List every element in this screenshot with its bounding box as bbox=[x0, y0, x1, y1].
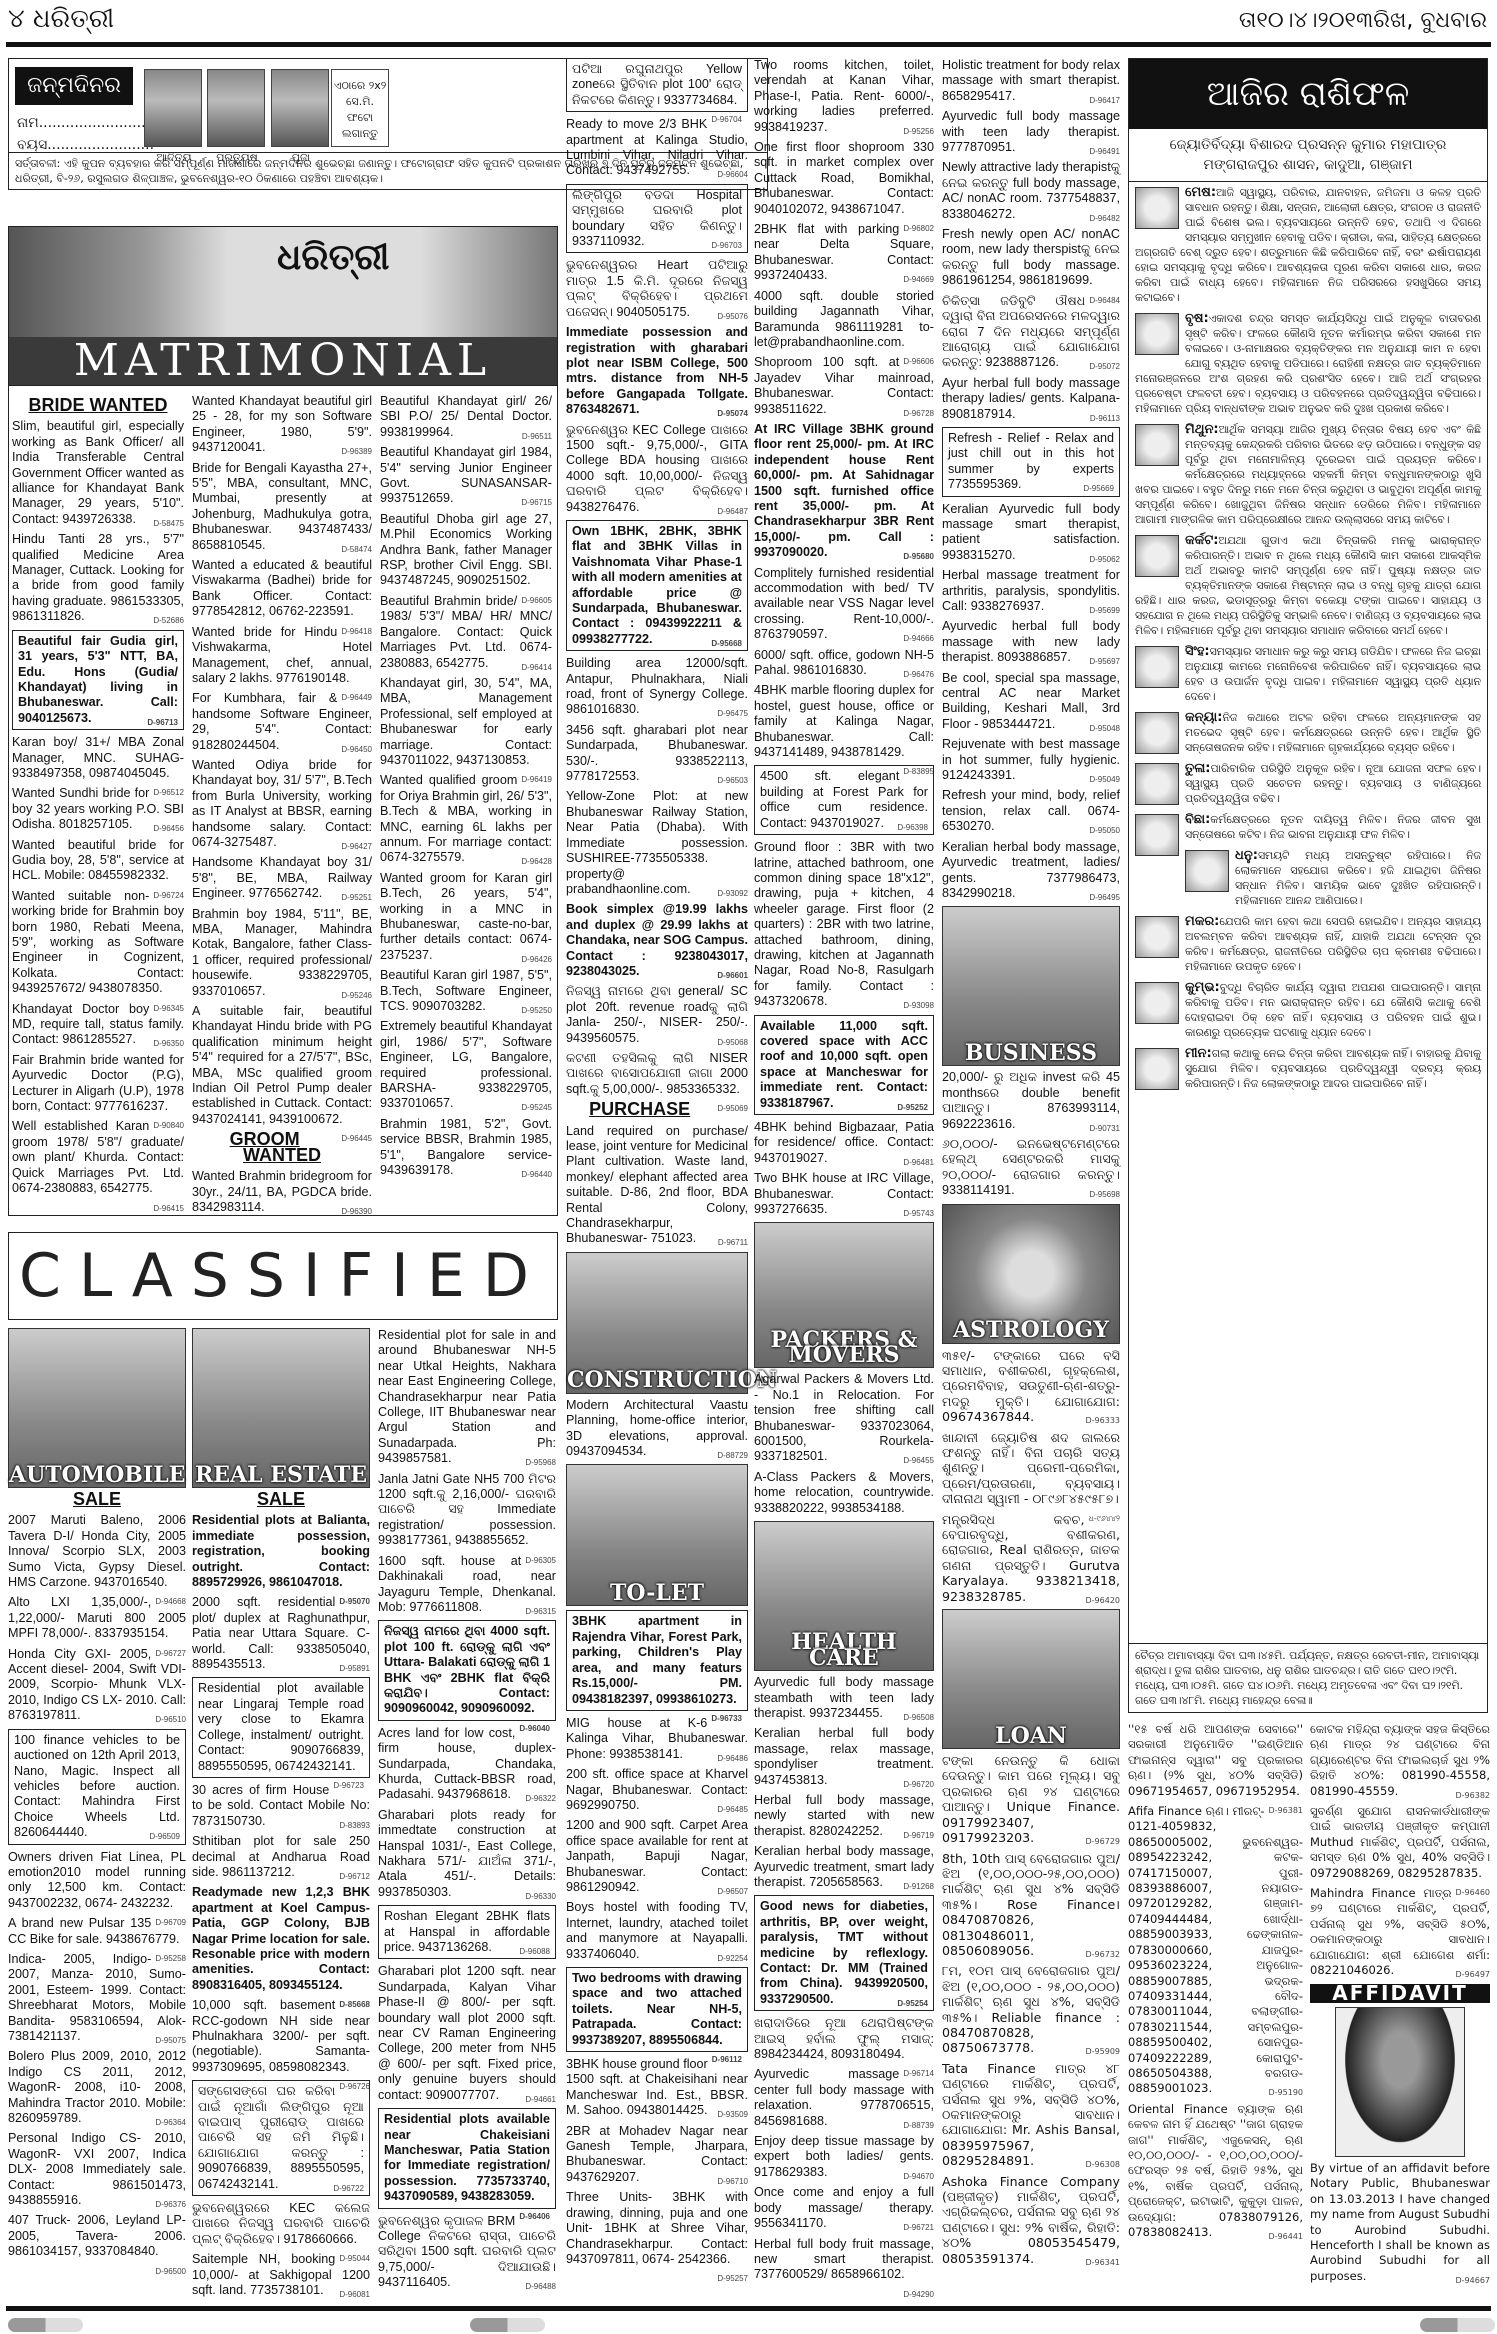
classified-ad: 1200 and 900 sqft. Carpet Area office sp… bbox=[566, 1818, 748, 1895]
ad-code: D-96508 bbox=[903, 1710, 934, 1725]
ad-code: D-96113 bbox=[1090, 411, 1120, 426]
sign-forecast: ବୁଦ୍ଧି ବିଚାରିତ କାର୍ଯ୍ୟ ଦ୍ୱାରା ଅପଯଶ ପାଇପା… bbox=[1185, 981, 1481, 1039]
classified-ad: Ayurvedic full body massage with teen la… bbox=[942, 109, 1120, 155]
sign-name: କୁମ୍ଭ: bbox=[1185, 980, 1220, 995]
business-image: BUSINESS bbox=[942, 906, 1120, 1066]
ad-code: D-96333 bbox=[1086, 1413, 1121, 1428]
ad-code: D-96720 bbox=[903, 1777, 934, 1792]
classified-ad: Bride for Bengali Kayastha 27+, 5'5", MB… bbox=[192, 461, 372, 553]
zodiac-sign-entry: ତୁଳା:ପାରିବାରିକ ପରିସ୍ଥିତି ଅନୁକୂଳ ରହିବ। ନୂ… bbox=[1129, 758, 1487, 809]
classified-ad: Wanted suitable non-working bride for Br… bbox=[12, 889, 184, 997]
classified-ad: ଖାନ୍ଦାନୀ ଜ୍ୟୋତିଷ ଶଦ ଜାଲରେ ଫଶନ୍ତୁ ନାହିଁ। … bbox=[942, 1430, 1120, 1507]
ad-code: D-94666 bbox=[903, 631, 934, 646]
ad-code: D-91268 bbox=[903, 1879, 934, 1894]
ad-text: ୮ମ, ୧୦ମ ପାସ୍ ବେରୋଜଗାର ପୁଅ/ ଝିଅ (୧,୦୦,୦୦୦… bbox=[942, 1963, 1120, 2055]
ad-code: D-96495 bbox=[1089, 890, 1120, 905]
classified-ad: ''୧୫ ବର୍ଷ ଧରି ଆପଣଙ୍କ ସେବାରେ'' ସରକାରୀ ଅନୁ… bbox=[1128, 1722, 1303, 1799]
page-tab-indicator bbox=[8, 2318, 83, 2332]
classified-ad: Personal Indigo CS- 2010, WagonR- VXI 20… bbox=[8, 2131, 186, 2208]
ad-code: D-96376 bbox=[155, 2197, 186, 2212]
ad-code: D-96088 bbox=[519, 1944, 550, 1959]
ad-text: Well established Karan groom 1978/ 5'8"/… bbox=[12, 1119, 184, 1195]
ad-code: D-93509 bbox=[717, 2107, 748, 2122]
ad-text: Beautiful Dhoba girl age 27, M.Phil Econ… bbox=[380, 512, 552, 588]
classified-ad: 4BHK behind Bigbazaar, Patia for residen… bbox=[754, 1120, 934, 1166]
ad-text: Janla Jatni Gate NH5 700 ମିଟର 1200 sqft.… bbox=[378, 1472, 556, 1548]
ad-text: 407 Truck- 2006, Leyland LP- 2005, Taver… bbox=[8, 2213, 186, 2258]
ad-code: D-95254 bbox=[897, 1996, 928, 2011]
ad-code: D-96719 bbox=[903, 1828, 934, 1843]
classified-ad: Ayurvedic herbal full body massage with … bbox=[942, 619, 1120, 665]
ad-code: D-95909 bbox=[1086, 2044, 1121, 2059]
ad-text: ନିଜସ୍ୱ ନାମରେ ଥିବା 4000 sqft. plot 100 ft… bbox=[384, 1624, 550, 1715]
ad-code: D-96509 bbox=[149, 1829, 180, 1844]
ad-code: D-95246 bbox=[341, 988, 372, 1003]
classified-ad: Oriental Finance ବ୍ୟାଙ୍କ ଋଣ କେବଳ ନାମ ହିଁ… bbox=[1128, 2102, 1303, 2241]
zodiac-icon bbox=[1135, 763, 1179, 805]
ad-code: D-95050 bbox=[1089, 823, 1120, 838]
classified-ad: Wanted qualified groom for Oriya Brahmin… bbox=[380, 773, 552, 865]
ad-code: D-96486 bbox=[717, 1751, 748, 1766]
ad-code: D-96703 bbox=[711, 238, 742, 253]
zodiac-icon bbox=[1135, 712, 1179, 754]
classified-ad: Wanted beautiful bride for Gudia boy, 28… bbox=[12, 838, 184, 884]
zodiac-sign-entry: ଧନୁ:ସମୟଟି ମଧ୍ୟ ଅସନ୍ତୁଷ୍ଟ ରହିପାରେ। ନିଜ ଲୋ… bbox=[1129, 845, 1487, 911]
classified-ad: ପଟିଆ ରଘୁନାଥପୁର Yellow zoneରେ ସ୍ଥିତିବାନ p… bbox=[566, 58, 748, 112]
ad-code: D-96445 bbox=[341, 1131, 372, 1146]
ad-code: D-96482 bbox=[1089, 211, 1120, 226]
classified-ad: Wanted groom for Karan girl B.Tech, 26 y… bbox=[380, 871, 552, 963]
ad-code: D-52686 bbox=[153, 613, 184, 628]
ad-code: D-95072 bbox=[1089, 359, 1120, 374]
classified-ad: Two rooms kitchen, toilet, verendah at K… bbox=[754, 58, 934, 135]
ad-text: ପଟିଆ ରଘୁନାଥପୁର Yellow zoneରେ ସ୍ଥିତିବାନ p… bbox=[572, 62, 742, 107]
classified-ad: Herbal full body massage, newly started … bbox=[754, 1793, 934, 1839]
ad-text: Slim, beautiful girl, especially working… bbox=[12, 419, 184, 525]
classified-ad: ୮ମ, ୧୦ମ ପାସ୍ ବେରୋଜଗାର ପୁଅ/ ଝିଅ (୧,୦୦,୦୦୦… bbox=[942, 1963, 1120, 2055]
ad-text: ସୁବର୍ଣ୍ଣ ସୁଯୋଗ ରାସନକାର୍ଡଧାରୀଙ୍କ ପାଇଁ ଭାର… bbox=[1310, 1804, 1490, 1880]
ad-code: D-96455 bbox=[903, 1453, 934, 1468]
classified-ad: Available 11,000 sqft. covered space wit… bbox=[754, 1015, 934, 1115]
classified-ad: One first floor shoproom 330 sqft. in ma… bbox=[754, 140, 934, 217]
classified-ad: Rejuvenate with best massage in hot summ… bbox=[942, 737, 1120, 783]
classified-ad: Extremely beautiful Khandayat girl, 1986… bbox=[380, 1019, 552, 1111]
ad-code: D-96440 bbox=[521, 1167, 552, 1182]
classified-ad: Beautiful Karan girl 1987, 5'5", B.Tech,… bbox=[380, 968, 552, 1014]
affidavit-heading: AFFIDAVIT bbox=[1310, 1984, 1490, 2003]
ad-text: Khandayat girl, 30, 5'4", MA, MBA, Manag… bbox=[380, 676, 552, 767]
ad-code: D-96475 bbox=[717, 706, 748, 721]
ad-code: D-96722 bbox=[333, 2181, 364, 2196]
classified-ad: ଭୁବନେଶ୍ୱରରେ KEC କଲେଜ ପାଖରେ ନିଜସ୍ୱ ଘରବାରି… bbox=[192, 2201, 370, 2247]
classified-ad: ସଙ୍ଗେସଙ୍ଗେ ଘର କରିବା ପାଇଁ ନୂଆଗାଁ ଲିଙ୍ଗିପୁ… bbox=[192, 2080, 370, 2196]
classified-ad: Residential plot available near Lingaraj… bbox=[192, 1677, 370, 1777]
classified-ad: 20,000/- ରୁ ଅଧିକ invest କରି 45 monthsରେ … bbox=[942, 1070, 1120, 1132]
ad-code: D-96510 bbox=[155, 1712, 186, 1727]
ad-code: D-96497 bbox=[1456, 1967, 1491, 1982]
classified-ad: Slim, beautiful girl, especially working… bbox=[12, 419, 184, 527]
ad-text: 3BHK apartment in Rajendra Vihar, Forest… bbox=[572, 1614, 742, 1705]
classified-ad: Holistic treatment for body relax massag… bbox=[942, 58, 1120, 104]
classified-ad: Be cool, special spa massage, central AC… bbox=[942, 671, 1120, 733]
automobile-image: AUTOMOBILE bbox=[8, 1328, 186, 1488]
ad-code: D-96507 bbox=[717, 1884, 748, 1899]
ad-text: Two bedrooms with drawing space and two … bbox=[572, 1971, 742, 2047]
classified-ad: ସୁବର୍ଣ୍ଣ ସୁଯୋଗ ରାସନକାର୍ଡଧାରୀଙ୍କ ପାଇଁ ଭାର… bbox=[1310, 1804, 1490, 1881]
classified-ad: 2000 sqft. residential plot/ duplex at R… bbox=[192, 1595, 370, 1672]
ad-text: 2007 Maruti Baleno, 2006 Tavera D-I/ Hon… bbox=[8, 1513, 186, 1589]
ad-code: D-96427 bbox=[341, 839, 372, 854]
sign-forecast: ଆଜି ସ୍ୱାସ୍ଥ୍ୟ, ପରିବାର, ଯାନବାହନ, ଜମିଜମା ଓ… bbox=[1135, 186, 1481, 304]
sign-name: ମୀନ: bbox=[1185, 1046, 1212, 1061]
horoscope-panel: ଆଜିର ରାଶିଫଳ ଜ୍ୟୋତିର୍ବିଦ୍ୟା ବିଶାରଦ ପ୍ରସନ୍… bbox=[1128, 58, 1488, 1713]
horoscope-author: ଜ୍ୟୋତିର୍ବିଦ୍ୟା ବିଶାରଦ ପ୍ରସନ୍ନ କୁମାର ମହାପ… bbox=[1129, 129, 1487, 182]
classified-ad: ଲିଙ୍ଗିପୁର ବଡଦା Hospital ସମ୍ମୁଖରେ ଘରବାରି … bbox=[566, 184, 748, 254]
classified-ad: For Kumbhara, fair & handsome Software E… bbox=[192, 691, 372, 753]
ad-code: D-96476 bbox=[903, 667, 934, 682]
zodiac-icon bbox=[1135, 1048, 1179, 1090]
issue-date: ତା୧୦।୪।୨୦୧୩ରିଖ, ବୁଧବାର bbox=[1239, 8, 1487, 33]
classified-ad: MIG house at K-6 Kalinga Vihar, Bhubanes… bbox=[566, 1716, 748, 1762]
ad-text: A-Class Packers & Movers, home relocatio… bbox=[754, 1470, 934, 1515]
classified-ad: Gharabari plot 1200 sqft. near Sundarpad… bbox=[378, 1964, 556, 2103]
ad-code: D-96491 bbox=[1089, 144, 1120, 159]
zodiac-sign-entry: ମକର:ଯେପରି କାମ ହେବା କଥା ସେପରି ହୋଇଯିବ। ଅନ୍… bbox=[1129, 911, 1487, 977]
child-photo-2 bbox=[207, 69, 265, 147]
classified-ad: Alto LXI 1,35,000/-, 1,22,000/- Maruti 8… bbox=[8, 1595, 186, 1641]
classified-ad: ଭୁବନେଶ୍ୱରର Heart ପଟିଆରୁ ମାତ୍ର 1.5 କି.ମି.… bbox=[566, 258, 748, 320]
classified-ad: ଖରାଦାଡିରେ ନୂଆ ଥେରାପିଷ୍ଟଙ୍କ ଆଇସ୍ ହର୍ବାଲ ଫ… bbox=[754, 2016, 934, 2062]
loan-col-2: ''୧୫ ବର୍ଷ ଧରି ଆପଣଙ୍କ ସେବାରେ'' ସରକାରୀ ଅନୁ… bbox=[1128, 1722, 1303, 2245]
ad-text: ଟଙ୍କା ନେଉନ୍ତୁ କି ଧୋକା ଦେଉନ୍ତୁ। କାମ ପରେ ମ… bbox=[942, 1753, 1120, 1845]
ad-text: Wanted beautiful bride for Gudia boy, 28… bbox=[12, 838, 184, 883]
classified-ad: Land required on purchase/ lease, joint … bbox=[566, 1124, 748, 1247]
classified-ad: Keralian Ayurvedic full body massage sma… bbox=[942, 502, 1120, 564]
ad-text: 8th, 10th ପାସ୍ ବେରୋଜଗାର ପୁଅ/ ଝିଅ (୧,୦୦,୦… bbox=[942, 1851, 1120, 1958]
ad-text: Karan boy/ 31+/ MBA Zonal Manager, MNC. … bbox=[12, 735, 184, 780]
classified-ad: Honda City GXI- 2005, Accent diesel- 200… bbox=[8, 1647, 186, 1724]
classified-ad: ୬୦,୦୦୦/- ଇନଭେଷ୍ଟମେଣ୍ଟରେ ହେଲ୍‌ଥ୍ ସେଣ୍ଟରକର… bbox=[942, 1137, 1120, 1199]
horoscope-title: ଆଜିର ରାଶିଫଳ bbox=[1129, 59, 1487, 129]
ad-code: D-96710 bbox=[717, 2174, 748, 2189]
sign-forecast: ସମୟଟି ମଧ୍ୟ ଅସନ୍ତୁଷ୍ଟ ରହିପାରେ। ନିଜ ଲୋକମାନ… bbox=[1235, 849, 1481, 907]
classified-ad: Brahmin 1981, 5'2", Govt. service BBSR, … bbox=[380, 1117, 552, 1179]
ad-code: D-96604 bbox=[717, 167, 748, 182]
ad-text: 4000 sqft. double storied building Jagan… bbox=[754, 289, 934, 349]
classified-ad: Readymade new 1,2,3 BHK apartment at Koe… bbox=[192, 1885, 370, 1993]
ad-code: D-96428 bbox=[521, 854, 552, 869]
classified-ad: 2BHK flat with parking near Delta Square… bbox=[754, 222, 934, 284]
ad-text: ଖାନ୍ଦାନୀ ଜ୍ୟୋତିଷ ଶଦ ଜାଲରେ ଫଶନ୍ତୁ ନାହିଁ। … bbox=[942, 1430, 1120, 1507]
classified-ad: କଟଣୀ ତହସିଲକୁ ଲାଗି NISER ପାଖରେ ବାସୋପଯୋଗୀ … bbox=[566, 1051, 748, 1097]
ad-code: D-96322 bbox=[525, 1791, 556, 1806]
tolet-image: TO-LET bbox=[566, 1464, 748, 1606]
classified-ad: 10,000 sqft. basement RCC-godown NH side… bbox=[192, 1998, 370, 2075]
ad-code: D-96732 bbox=[1086, 1947, 1121, 1962]
classified-ad: Agarwal Packers & Movers Ltd. - No.1 in … bbox=[754, 1372, 934, 1464]
ad-text: Wanted suitable non-working bride for Br… bbox=[12, 889, 184, 995]
ad-text: Three Units- 3BHK with drawing, dinning,… bbox=[566, 2190, 748, 2266]
ad-code: D-58475 bbox=[153, 516, 184, 531]
ad-code: D-93092 bbox=[717, 886, 748, 901]
classified-ad: 3BHK apartment in Rajendra Vihar, Forest… bbox=[566, 1610, 748, 1710]
classified-ad: Khandayat girl, 30, 5'4", MA, MBA, Manag… bbox=[380, 676, 552, 768]
classified-ad: 100 finance vehicles to be auctioned on … bbox=[8, 1729, 186, 1845]
classified-ad: Fair Brahmin bride wanted for Ayurvedic … bbox=[12, 1053, 184, 1115]
classified-ad: Brahmin boy 1984, 5'11", BE, MBA, Manage… bbox=[192, 907, 372, 999]
ad-text: Brahmin boy 1984, 5'11", BE, MBA, Manage… bbox=[192, 907, 372, 998]
ad-text: Alto LXI 1,35,000/-, 1,22,000/- Maruti 8… bbox=[8, 1595, 186, 1640]
ad-text: Oriental Finance ବ୍ୟାଙ୍କ ଋଣ କେବଳ ନାମ ହିଁ… bbox=[1128, 2102, 1303, 2239]
ad-code: D-96417 bbox=[1089, 93, 1120, 108]
ad-code: D-96485 bbox=[717, 1802, 748, 1817]
ad-code: D-93098 bbox=[903, 998, 934, 1013]
ad-text: Gharabari plots ready for immedtate cons… bbox=[378, 1808, 556, 1899]
ad-code: D-96481 bbox=[903, 1155, 934, 1170]
classified-ad: Enjoy deep tissue massage by expert both… bbox=[754, 2134, 934, 2180]
ad-text: Bolero Plus 2009, 2010, 2012 Indigo CS 2… bbox=[8, 2049, 186, 2125]
classified-ad: 3456 sqft. gharabari plot near Sundarpad… bbox=[566, 723, 748, 785]
classified-ad: Hindu Tanti 28 yrs., 5'7" qualified Medi… bbox=[12, 532, 184, 624]
ad-code: D-96713 bbox=[147, 715, 178, 730]
classified-ad: 2BR at Mohadev Nagar near Ganesh Temple,… bbox=[566, 2124, 748, 2186]
loan-col-3: କୋଟକ ମହିନ୍ଦ୍ରା ବ୍ୟାଙ୍କ ସହଜ କିସ୍ତିରେ ଋଣ ମ… bbox=[1310, 1722, 1490, 2289]
classified-ad: Ayurvedic full body massage steambath wi… bbox=[754, 1675, 934, 1721]
ad-text: Bride for Bengali Kayastha 27+, 5'5", MB… bbox=[192, 461, 372, 552]
sign-name: ମକର: bbox=[1185, 914, 1219, 929]
classified-ad: 4000 sqft. double storied building Jagan… bbox=[754, 289, 934, 351]
classified-ad: Acres land for low cost, firm house, dup… bbox=[378, 1726, 556, 1803]
ad-text: 10,000 sqft. basement RCC-godown NH side… bbox=[192, 1998, 370, 2074]
ad-text: Fresh newly open AC/ nonAC room, new lad… bbox=[942, 227, 1120, 287]
sign-name: କର୍କଟ: bbox=[1185, 533, 1218, 548]
classified-ad: Refresh - Relief - Relax and just chill … bbox=[942, 427, 1120, 497]
ad-code: D-95743 bbox=[903, 1206, 934, 1221]
ad-text: Agarwal Packers & Movers Ltd. - No.1 in … bbox=[754, 1372, 934, 1463]
zodiac-icon bbox=[1135, 424, 1179, 466]
ad-text: Wanted groom for Karan girl B.Tech, 26 y… bbox=[380, 871, 552, 962]
author-place: ମଙ୍ଗରାଜପୁର ଶାସନ, କାଦୁଆ, ଗଞ୍ଜାମ bbox=[1129, 155, 1487, 175]
classified-ad: Newly attractive lady therapistକୁ ନେଇ କର… bbox=[942, 160, 1120, 222]
classified-ad: Herbal full body fruit massage, new smar… bbox=[754, 2237, 934, 2283]
ad-code: D-90731 bbox=[1089, 1121, 1120, 1136]
zodiac-icon bbox=[1135, 916, 1179, 958]
classified-ad: ଭୁବନେଶ୍ୱର କୃପାଜଳ BRM College ନିକଟରେ ରାସ୍… bbox=[378, 2214, 556, 2291]
zodiac-icon bbox=[1135, 187, 1179, 229]
classified-ad: ଚିକିତ୍ସା ଜଡିବୁଟି ଔଷଧ ଦ୍ୱାରା ବିନା ଅପରେସନର… bbox=[942, 294, 1120, 371]
classified-ad: Once come and enjoy a full body massage/… bbox=[754, 2185, 934, 2231]
ad-text: One first floor shoproom 330 sqft. in ma… bbox=[754, 140, 934, 216]
ad-code: D-95968 bbox=[525, 1455, 556, 1470]
zodiac-icon bbox=[1135, 982, 1179, 1024]
classified-ad: Herbal massage treatment for arthritis, … bbox=[942, 568, 1120, 614]
child-photo-3 bbox=[271, 69, 329, 147]
sign-name: ବିଛା: bbox=[1185, 812, 1210, 827]
classified-ad: Beautiful Brahmin bride/ 1983/ 5'3"/ MBA… bbox=[380, 594, 552, 671]
affidavit-notice: By virtue of an affidavit before Notary … bbox=[1310, 2161, 1490, 2284]
ad-code: D-96398 bbox=[897, 820, 928, 835]
classified-ad: Fresh newly open AC/ nonAC room, new lad… bbox=[942, 227, 1120, 289]
classified-ad: 4500 sft. elegant building at Forest Par… bbox=[754, 765, 934, 835]
classified-ad: Keralian herbal body massage, Ayurvedic … bbox=[754, 1844, 934, 1890]
classified-ad: A suitable fair, beautiful Khandayat Hin… bbox=[192, 1004, 372, 1127]
ad-code: D-96308 bbox=[1086, 2157, 1121, 2172]
classified-ad: Wanted bride for Hindu Vishwakarma, Hote… bbox=[192, 625, 372, 687]
classified-ad: Good news for diabeties, arthritis, BP, … bbox=[754, 1895, 934, 2011]
ad-code: D-96503 bbox=[717, 773, 748, 788]
classified-ad: Wanted a educated & beautiful Viswakarma… bbox=[192, 558, 372, 620]
ad-code: D-95699 bbox=[1089, 603, 1120, 618]
ad-code: D-94669 bbox=[903, 272, 934, 287]
classified-ad: Refresh your mind, body, relief tension,… bbox=[942, 788, 1120, 834]
sign-name: ମେଷ: bbox=[1185, 185, 1216, 200]
ad-text: Complitely furnished residential accommo… bbox=[754, 566, 934, 642]
ad-code: D-96450 bbox=[341, 742, 372, 757]
classified-ad: Gharabari plots ready for immedtate cons… bbox=[378, 1808, 556, 1900]
classified-ad: Building area 12000/sqft. Antapur, Phuln… bbox=[566, 656, 748, 718]
page-tab-indicator bbox=[1420, 2318, 1495, 2332]
realestate-sale-col: REAL ESTATE SALE Residential plots at Ba… bbox=[192, 1328, 370, 2304]
ad-text: 100 finance vehicles to be auctioned on … bbox=[14, 1733, 180, 1839]
classified-ad: Two BHK house at IRC Village, Bhubaneswa… bbox=[754, 1171, 934, 1217]
name-field[interactable]: ନାମ.......................... bbox=[17, 115, 154, 131]
sign-forecast: କର୍ମକ୍ଷେତ୍ରରେ ନୂତନ ଦାୟିତ୍ୱ ମିଳିବ। ନିଜର ଜ… bbox=[1185, 813, 1481, 841]
ad-text: Fair Brahmin bride wanted for Ayurvedic … bbox=[12, 1053, 184, 1113]
zodiac-icon bbox=[1185, 850, 1229, 892]
classified-ad: Shoproom 100 sqft. at Jayadev Vihar main… bbox=[754, 355, 934, 417]
classified-ad: Wanted Odiya bride for Khandayat boy, 31… bbox=[192, 758, 372, 850]
ad-text: Readymade new 1,2,3 BHK apartment at Koe… bbox=[192, 1885, 370, 1991]
ad-code: D-95074 bbox=[717, 406, 748, 421]
ad-code: D-96715 bbox=[521, 495, 552, 510]
ad-code: D-96711 bbox=[718, 1235, 748, 1250]
page-tab-indicator bbox=[470, 2318, 545, 2332]
ad-code: D-58474 bbox=[341, 542, 372, 557]
ad-code: D-96330 bbox=[525, 1889, 556, 1904]
classified-ad: Karan boy/ 31+/ MBA Zonal Manager, MNC. … bbox=[12, 735, 184, 781]
classified-ad: 2007 Maruti Baleno, 2006 Tavera D-I/ Hon… bbox=[8, 1513, 186, 1590]
ad-code: D-95669 bbox=[1083, 481, 1114, 496]
zodiac-sign-entry: ମେଷ:ଆଜି ସ୍ୱାସ୍ଥ୍ୟ, ପରିବାର, ଯାନବାହନ, ଜମିଜ… bbox=[1129, 182, 1487, 308]
sign-name: କନ୍ୟା: bbox=[1185, 710, 1222, 725]
classified-ad: Modern Architectural Vaastu Planning, ho… bbox=[566, 1398, 748, 1460]
zodiac-icon bbox=[1135, 313, 1179, 355]
ad-code: D-95075 bbox=[155, 2033, 186, 2048]
classified-ad: Ashoka Finance Company (ପଞ୍ଜୀକୃତ) ମାର୍କଶ… bbox=[942, 2174, 1120, 2266]
sign-forecast: ଏକାଦଶ ଚନ୍ଦ୍ର ସମସ୍ତ କାର୍ଯ୍ୟସିଦ୍ଧି ପାଇଁ ଅନ… bbox=[1135, 312, 1481, 415]
ad-code: D-94670 bbox=[903, 2169, 934, 2184]
ad-text: ଭୁବନେଶ୍ୱର KEC College ପାଖରେ 1500 sqft.- … bbox=[566, 423, 748, 514]
ad-text: Wanted bride for Hindu Vishwakarma, Hote… bbox=[192, 625, 372, 685]
sign-name: ସିଂହ: bbox=[1185, 644, 1210, 659]
ad-code: D-88739 bbox=[903, 2118, 934, 2133]
ad-code: D-95668 bbox=[711, 636, 742, 651]
packers-movers-image: PACKERS & MOVERS bbox=[754, 1222, 934, 1368]
zodiac-icon bbox=[1135, 814, 1179, 856]
sign-forecast: ଆର୍ଥିକ ସମସ୍ୟା ଆଜିର ମୁଖ୍ୟ ଚିନ୍ତାର ବିଷୟ ହେ… bbox=[1135, 423, 1481, 526]
affidavit-photo bbox=[1335, 2007, 1465, 2157]
astrology-image: ASTROLOGY bbox=[942, 1204, 1120, 1344]
health-care-image: HEALTH CARE bbox=[754, 1521, 934, 1671]
zodiac-icon bbox=[1135, 646, 1179, 688]
matrimonial-col-1: BRIDE WANTED Slim, beautiful girl, espec… bbox=[12, 394, 184, 1216]
classified-ad: ମନ୍ତ୍ରସିଦ୍ଧ କବଚ, ବେପାରବୃଦ୍ଧି, ବଶୀକରଣ, ରୋ… bbox=[942, 1512, 1120, 1604]
zodiac-sign-entry: ବିଛା:କର୍ମକ୍ଷେତ୍ରରେ ନୂତନ ଦାୟିତ୍ୱ ମିଳିବ। ନ… bbox=[1129, 809, 1487, 845]
footer-rule bbox=[6, 2306, 1491, 2311]
classified-ad: 3BHK house ground floor 1500 sqft. at Ch… bbox=[566, 2057, 748, 2119]
ad-text: Gharabari plot 1200 sqft. near Sundarpad… bbox=[378, 1964, 556, 2101]
classified-ad: Mahindra Finance ମାତ୍ର ୭୨ ଘଣ୍ଟାରେ ମାର୍କଶ… bbox=[1310, 1886, 1490, 1978]
classified-ad: Beautiful Khandayat girl/ 26/ SBI P.O/ 2… bbox=[380, 394, 552, 440]
sign-forecast: ପାରିବାରିକ ପରିସ୍ଥିତି ଅନୁକୂଳ ରହିବ। ନୂଆ ଯୋଜ… bbox=[1185, 762, 1481, 805]
ad-code: D-96390 bbox=[341, 1204, 372, 1219]
ad-code: D-95680 bbox=[903, 549, 934, 564]
ad-text: 4BHK marble flooring duplex for hostel, … bbox=[754, 683, 934, 759]
ad-code: D-96721 bbox=[903, 2220, 934, 2235]
classified-ad: 30 acres of firm House to be sold. Conta… bbox=[192, 1783, 370, 1829]
ad-code: D-95062 bbox=[1089, 552, 1120, 567]
classified-ad: Afifa Finance ଋଣ। ମୀରଟ୍- 0121-4059832, 0… bbox=[1128, 1804, 1303, 2097]
ad-text: At IRC Village 3BHK ground floor rent 25… bbox=[754, 422, 934, 559]
classified-ad: Well established Karan groom 1978/ 5'8"/… bbox=[12, 1119, 184, 1196]
ad-text: Beautiful Brahmin bride/ 1983/ 5'3"/ MBA… bbox=[380, 594, 552, 670]
classified-ad: Tata Finance ମାତ୍ର ୪୮ ଘଣ୍ଟାରେ ମାର୍କଶିଟ୍,… bbox=[942, 2061, 1120, 2169]
classified-ad: Beautiful Khandayat girl 1984, 5'4" serv… bbox=[380, 445, 552, 507]
classified-ad: Handsome Khandayat boy 31/ 5'8", BE, MBA… bbox=[192, 855, 372, 901]
ad-code: D-96081 bbox=[339, 2287, 370, 2302]
sign-name: ତୁଳା: bbox=[1185, 761, 1211, 776]
ad-code: D-95250 bbox=[521, 1003, 552, 1018]
ad-text: Residential plots at Balianta, immediate… bbox=[192, 1513, 370, 1589]
ad-text: Indica- 2005, Indigo- 2007, Manza- 2010,… bbox=[8, 1952, 186, 2043]
ad-code: D-95190 bbox=[1269, 2085, 1304, 2100]
sign-name: ଧନୁ: bbox=[1235, 848, 1258, 863]
construction-image: CONSTRUCTION bbox=[566, 1252, 748, 1394]
ad-code: D-94661 bbox=[525, 2092, 556, 2107]
classified-title: CLASSIFIED bbox=[19, 1241, 547, 1311]
automobile-col: AUTOMOBILE SALE 2007 Maruti Baleno, 2006… bbox=[8, 1328, 186, 2279]
ad-text: Acres land for low cost, firm house, dup… bbox=[378, 1726, 556, 1802]
ad-code: D-96712 bbox=[339, 1869, 370, 1884]
ad-text: 2000 sqft. residential plot/ duplex at R… bbox=[192, 1595, 370, 1671]
child-photo-1 bbox=[144, 69, 202, 147]
estate-sale-heading: SALE bbox=[192, 1492, 370, 1507]
classified-ad: Wanted Khandayat beautiful girl 25 - 28,… bbox=[192, 394, 372, 456]
classified-ad: Complitely furnished residential accommo… bbox=[754, 566, 934, 643]
zodiac-sign-entry: କୁମ୍ଭ:ବୁଦ୍ଧି ବିଚାରିତ କାର୍ଯ୍ୟ ଦ୍ୱାରା ଅପଯଶ… bbox=[1129, 977, 1487, 1043]
classified-ad: Sthitiban plot for sale 250 decimal at A… bbox=[192, 1834, 370, 1880]
classified-ad: Roshan Elegant 2BHK flats at Hanspal in … bbox=[378, 1905, 556, 1959]
header-rule bbox=[6, 42, 1491, 47]
ad-text: ଭୁବନେଶ୍ୱରରେ KEC କଲେଜ ପାଖରେ ନିଜସ୍ୱ ଘରବାରି… bbox=[192, 2201, 370, 2246]
ad-text: Ashoka Finance Company (ପଞ୍ଜୀକୃତ) ମାର୍କଶ… bbox=[942, 2174, 1120, 2266]
ad-code: D-94290 bbox=[903, 2287, 934, 2302]
ad-code: D-95068 bbox=[717, 1035, 748, 1050]
classified-ad: Ready to move 2/3 BHK apartment at Kalin… bbox=[566, 117, 748, 179]
classified-ad: ନିଜସ୍ୱ ନାମରେ ଥିବା general/ SC plot 20ft.… bbox=[566, 984, 748, 1046]
ad-text: Good news for diabeties, arthritis, BP, … bbox=[760, 1899, 928, 2005]
sign-forecast: ନିଜ କଥାରେ ଅଟଳ ରହିବା ଫଳରେ ଅନ୍ୟମାନଙ୍କ ସହ ମ… bbox=[1185, 711, 1481, 754]
ad-code: D-96601 bbox=[717, 968, 748, 983]
classified-ad: Two bedrooms with drawing space and two … bbox=[566, 1967, 748, 2052]
ad-code: D-95697 bbox=[1089, 654, 1120, 669]
auto-sale-heading: SALE bbox=[8, 1492, 186, 1507]
zodiac-sign-entry: ମୀନ:ଗଲା କଥାକୁ ନେଇ ଚିନ୍ତା କରିବା ଆବଶ୍ୟକ ନା… bbox=[1129, 1043, 1487, 1094]
classified-ad: କୋଟକ ମହିନ୍ଦ୍ରା ବ୍ୟାଙ୍କ ସହଜ କିସ୍ତିରେ ଋଣ ମ… bbox=[1310, 1722, 1490, 1799]
classified-ad: Residential plots at Balianta, immediate… bbox=[192, 1513, 370, 1590]
sign-forecast: ଯେପରି କାମ ହେବା କଥା ସେପରି ହୋଇଯିବ। ଅନ୍ୟର ସ… bbox=[1185, 915, 1481, 973]
classified-ad: Immediate possession and registration wi… bbox=[566, 325, 748, 417]
